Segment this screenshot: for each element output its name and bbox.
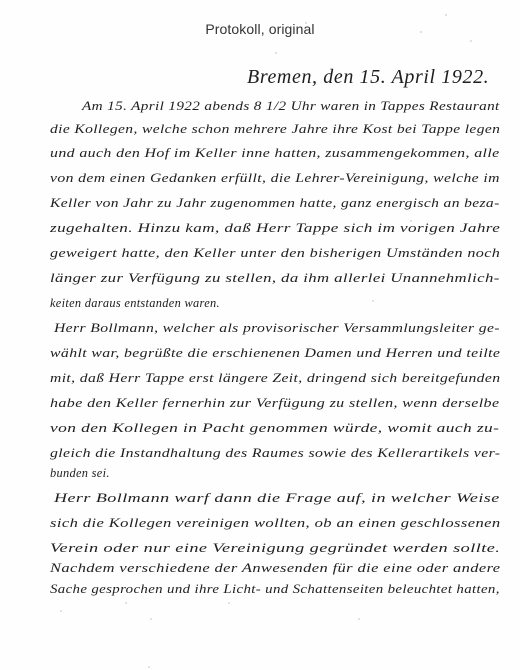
page-caption: Protokoll, original <box>0 21 520 37</box>
text-line: die Kollegen, welche schon mehrere Jahre… <box>50 122 500 137</box>
text-line: geweigert hatte, den Keller unter den bi… <box>50 246 500 261</box>
scan-speck <box>445 14 447 16</box>
text-line: mit, daß Herr Tappe erst längere Zeit, d… <box>50 371 500 386</box>
scan-speck <box>470 40 472 42</box>
text-line: und auch den Hof im Keller inne hatten, … <box>50 146 500 161</box>
scan-speck <box>275 52 277 54</box>
text-line: Herr Bollmann warf dann die Frage auf, i… <box>54 491 500 506</box>
text-line: Keller von Jahr zu Jahr zugenommen hatte… <box>50 196 500 211</box>
text-line: von den Kollegen in Pacht genommen würde… <box>50 421 499 436</box>
text-line: Herr Bollmann, welcher als provisorische… <box>54 321 500 336</box>
scan-speck <box>150 618 152 620</box>
text-line: Sache gesprochen und ihre Licht- und Sch… <box>50 582 500 597</box>
text-line: bunden sei. <box>50 466 110 481</box>
scan-speck <box>358 618 360 620</box>
text-line: länger zur Verfügung zu stellen, da ihm … <box>50 271 500 286</box>
text-line: zugehalten. Hinzu kam, daß Herr Tappe si… <box>50 221 500 236</box>
scan-speck <box>148 666 150 668</box>
text-line: gleich die Instandhaltung des Raumes sow… <box>50 446 500 461</box>
text-line: wählt war, begrüßte die erschienenen Dam… <box>50 346 500 361</box>
text-line: sich die Kollegen vereinigen wollten, ob… <box>50 516 501 531</box>
scan-speck <box>228 602 230 604</box>
scan-speck <box>125 602 127 604</box>
text-line: keiten daraus entstanden waren. <box>50 296 220 311</box>
text-line: Verein oder nur eine Vereinigung gegründ… <box>50 541 500 556</box>
place-date-line: Bremen, den 15. April 1922. <box>247 66 489 89</box>
text-line: Nachdem verschiedene der Anwesenden für … <box>50 561 500 576</box>
text-line: Am 15. April 1922 abends 8 1/2 Uhr waren… <box>82 99 500 114</box>
text-line: von dem einen Gedanken erfüllt, die Lehr… <box>50 171 500 186</box>
scanned-page: Protokoll, original Bremen, den 15. Apri… <box>0 0 520 670</box>
scan-speck <box>372 300 374 302</box>
text-line: habe den Keller fernerhin zur Verfügung … <box>50 396 499 411</box>
scan-speck <box>60 610 62 612</box>
